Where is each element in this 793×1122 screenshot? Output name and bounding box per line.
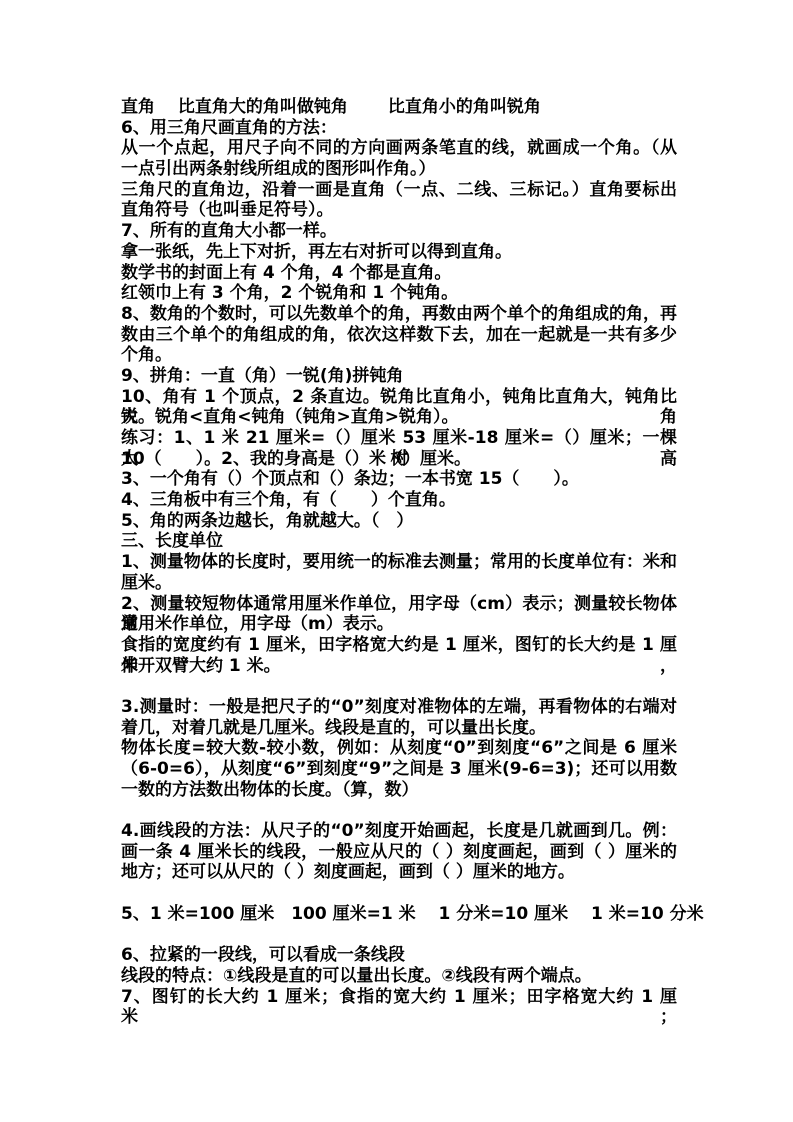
text-line: 数由三个单个的角组成的角，依次这样数下去，加在一起就是一共有多少 bbox=[121, 325, 677, 346]
text-line: 7、所有的直角大小都一样。 bbox=[121, 221, 677, 242]
text-line: 常用米作单位，用字母（m）表示。 bbox=[121, 614, 677, 635]
text-line: 5、1 米=100 厘米 100 厘米=1 米 1 分米=10 厘米 1 米=1… bbox=[121, 904, 677, 925]
text-line: 厘米。 bbox=[121, 573, 677, 594]
text-line: 一数的方法数出物体的长度。（算，数） bbox=[121, 780, 677, 801]
blank-line bbox=[121, 883, 677, 904]
text-line: 10、角有 1 个顶点，2 条直边。锐角比直角小，钝角比直角大，钝角比锐角 bbox=[121, 387, 677, 408]
text-line: 6、拉紧的一段线，可以看成一条线段 bbox=[121, 945, 677, 966]
text-line: 7、图钉的长大约 1 厘米；食指的宽大约 1 厘米；田字格宽大约 1 厘米； bbox=[121, 987, 677, 1008]
text-line: 画一条 4 厘米长的线段，一般应从尺的（ ）刻度画起，画到（ ）厘米的 bbox=[121, 842, 677, 863]
text-line: 1、测量物体的长度时，要用统一的标准去测量；常用的长度单位有：米和 bbox=[121, 552, 677, 573]
text-line: 3.测量时：一般是把尺子的“0”刻度对准物体的左端，再看物体的右端对 bbox=[121, 697, 677, 718]
text-line: 三、长度单位 bbox=[121, 531, 677, 552]
text-line: 9、拼角：一直（角）一锐(角)拼钝角 bbox=[121, 366, 677, 387]
text-line: 4.画线段的方法：从尺子的“0”刻度开始画起，长度是几就画到几。例： bbox=[121, 821, 677, 842]
blank-line bbox=[121, 676, 677, 697]
blank-line bbox=[121, 925, 677, 946]
text-line: 练习：1、1 米 21 厘米=（）厘米 53 厘米-18 厘米=（）厘米；一棵大… bbox=[121, 428, 677, 449]
text-line: 从一个点起，用尺子向不同的方向画两条笔直的线，就画成一个角。（从 bbox=[121, 138, 677, 159]
text-line: 4、三角板中有三个角，有（ ）个直角。 bbox=[121, 490, 677, 511]
text-line: 2、测量较短物体通常用厘米作单位，用字母（cm）表示；测量较长物体通 bbox=[121, 594, 677, 615]
text-line: 三角尺的直角边，沿着一画是直角（一点、二线、三标记。）直角要标出 bbox=[121, 180, 677, 201]
text-line: 5、角的两条边越长，角就越大。（ ） bbox=[121, 511, 677, 532]
text-line: 6、用三角尺画直角的方法： bbox=[121, 118, 677, 139]
text-line: 拿一张纸，先上下对折，再左右对折可以得到直角。 bbox=[121, 242, 677, 263]
text-line: 数学书的封面上有 4 个角，4 个都是直角。 bbox=[121, 263, 677, 284]
text-line: 直角 比直角大的角叫做钝角 比直角小的角叫锐角 bbox=[121, 97, 677, 118]
blank-line bbox=[121, 800, 677, 821]
text-line: 一点引出两条射线所组成的图形叫作角。） bbox=[121, 159, 677, 180]
document-page: 直角 比直角大的角叫做钝角 比直角小的角叫锐角6、用三角尺画直角的方法：从一个点… bbox=[0, 0, 793, 1122]
text-line: 线段的特点：①线段是直的可以量出长度。②线段有两个端点。 bbox=[121, 966, 677, 987]
text-block: 直角 比直角大的角叫做钝角 比直角小的角叫锐角6、用三角尺画直角的方法：从一个点… bbox=[121, 97, 677, 1007]
text-line: 3、一个角有（）个顶点和（）条边；一本书宽 15（ ）。 bbox=[121, 469, 677, 490]
text-line: 个角。 bbox=[121, 345, 677, 366]
text-line: 红领巾上有 3 个角，2 个锐角和 1 个钝角。 bbox=[121, 283, 677, 304]
text-line: 地方；还可以从尺的（ ）刻度画起，画到（ ）厘米的地方。 bbox=[121, 862, 677, 883]
text-line: 直角符号（也叫垂足符号）。 bbox=[121, 200, 677, 221]
text-line: 食指的宽度约有 1 厘米，田字格宽大约是 1 厘米，图钉的长大约是 1 厘米， bbox=[121, 635, 677, 656]
text-line: 8、数角的个数时，可以先数单个的角，再数由两个单个的角组成的角，再 bbox=[121, 304, 677, 325]
text-line: 物体长度=较大数-较小数，例如：从刻度“0”到刻度“6”之间是 6 厘米 bbox=[121, 738, 677, 759]
text-line: 着几，对着几就是几厘米。线段是直的，可以量出长度。 bbox=[121, 718, 677, 739]
text-line: （6-0=6），从刻度“6”到刻度“9”之间是 3 厘米(9-6=3)；还可以用… bbox=[121, 759, 677, 780]
